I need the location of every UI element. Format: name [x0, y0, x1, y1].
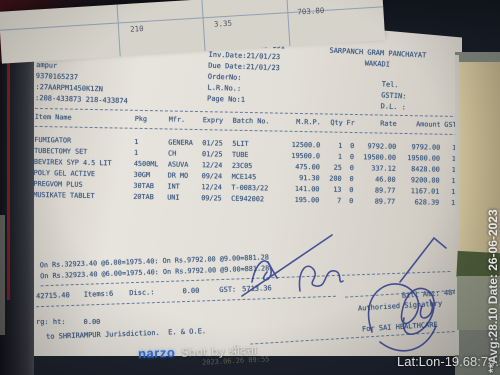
gps-coordinates: Lat:Lon-19.68:74.58 [397, 354, 500, 369]
camera-timestamp-vertical: **Avg:28.10 Date: 26-06-2023 [486, 209, 500, 373]
receipt-cell: 210 [130, 24, 144, 34]
gst-label: GST: [219, 284, 236, 296]
receipt-cell: 703.80 [297, 6, 325, 17]
items-table: Item NamePkgMfr.ExpryBatch No.M.R.P.QtyF… [33, 108, 463, 209]
gst-value: 5713.36 [242, 283, 272, 295]
photo-scene: PI HEALTHCARE No.16, Laxmi Narayan Marke… [0, 0, 500, 375]
left-page-edge [0, 215, 5, 335]
discount-label: Disc.: [129, 287, 155, 299]
narzo-logo: narzo [138, 345, 176, 361]
subtotal-value: 42715.40 [36, 290, 70, 302]
charge-line: rg: [36, 317, 49, 328]
left-red-margin-line [7, 60, 10, 300]
buyer-dl-label: D.L. : [380, 101, 423, 114]
items-count: Items:6 [84, 289, 114, 301]
receipt-cell: 3.35 [214, 19, 233, 29]
left-book-edge [0, 52, 34, 375]
discount-value: 0.00 [182, 286, 199, 298]
buyer-block: SARPANCH GRAM PANCHAYAT WAKADI Tel. GSTI… [326, 46, 426, 115]
